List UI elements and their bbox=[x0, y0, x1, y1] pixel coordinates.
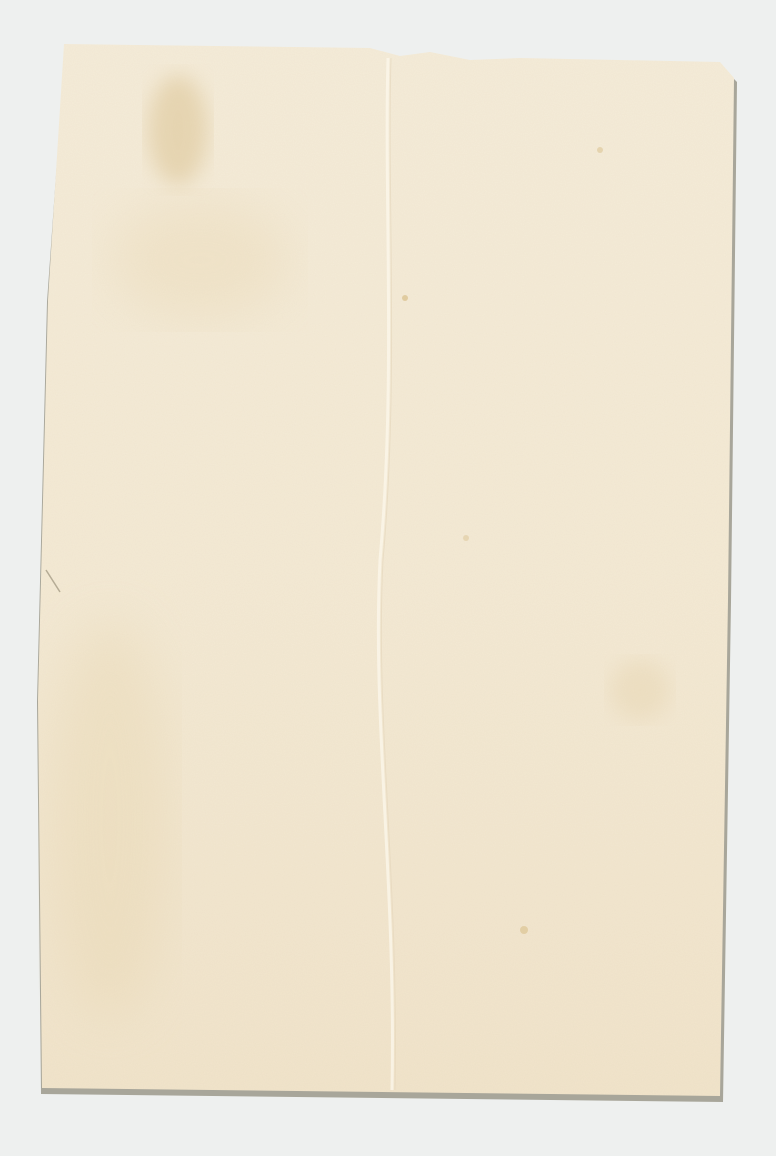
card-illustration bbox=[0, 0, 776, 1156]
stain-top-left bbox=[148, 75, 208, 185]
blank-paper-card bbox=[0, 0, 776, 1156]
